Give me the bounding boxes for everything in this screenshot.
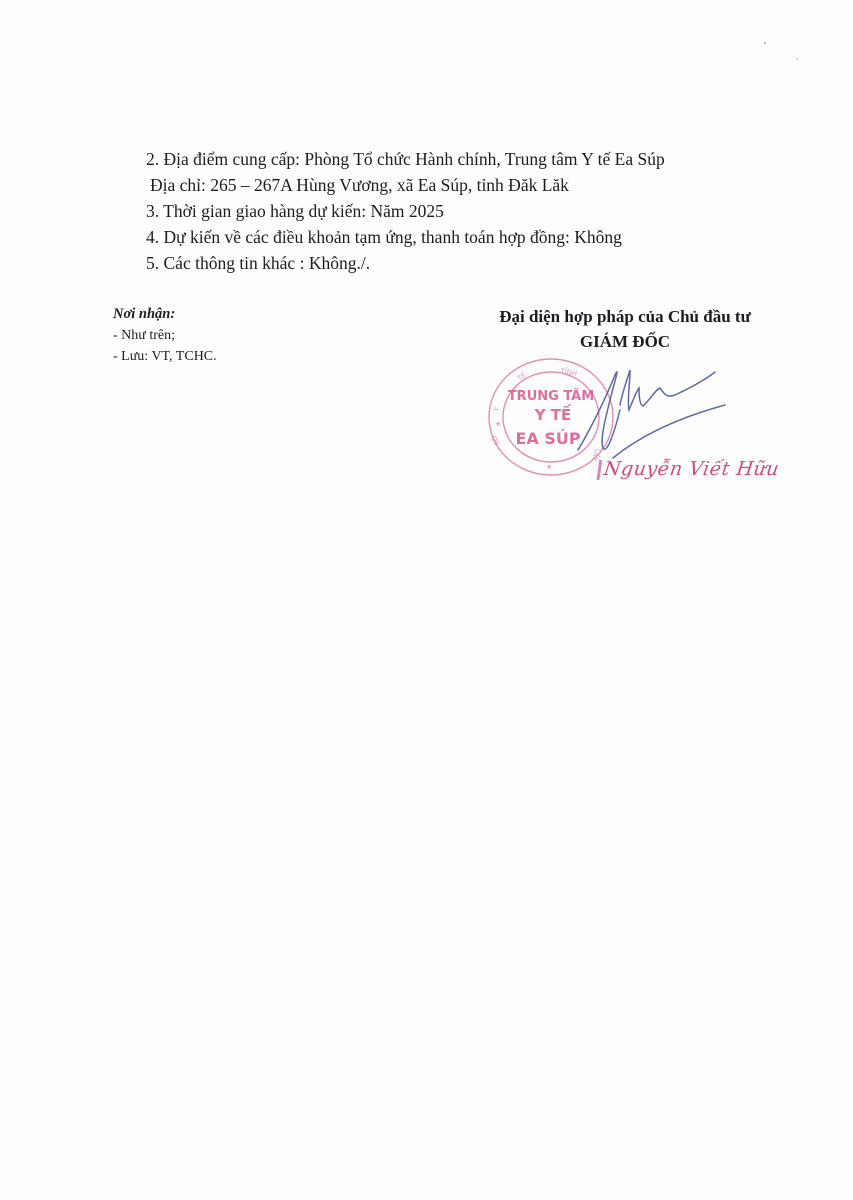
signer-role: Đại diện hợp pháp của Chủ đầu tư [440,304,810,329]
svg-text:Y TẾ: Y TẾ [534,403,572,424]
recipients-block: Nơi nhận: - Như trên; - Lưu: VT, TCHC. [113,304,217,367]
recipient-line: - Như trên; [113,325,217,346]
svg-text:★: ★ [495,420,501,428]
item-delivery-location: 2. Địa điểm cung cấp: Phòng Tổ chức Hành… [146,146,665,172]
svg-text:SỞ: SỞ [488,433,502,447]
recipient-line: - Lưu: VT, TCHC. [113,346,217,367]
svg-text:TẾ: TẾ [514,369,528,383]
item-other-info: 5. Các thông tin khác : Không./. [146,250,665,276]
signer-name: Nguyễn Viết Hữu [602,458,780,480]
item-delivery-time: 3. Thời gian giao hàng dự kiến: Năm 2025 [146,198,665,224]
scan-speck [796,58,798,60]
recipients-title: Nơi nhận: [113,304,217,325]
document-page: 2. Địa điểm cung cấp: Phòng Tổ chức Hành… [0,0,853,1200]
svg-text:★: ★ [546,463,552,471]
svg-text:EA SÚP: EA SÚP [515,429,580,448]
item-address: Địa chỉ: 265 – 267A Hùng Vương, xã Ea Sú… [146,172,665,198]
signer-position: GIÁM ĐỐC [440,329,810,354]
delivery-info-list: 2. Địa điểm cung cấp: Phòng Tổ chức Hành… [146,146,665,276]
item-payment-terms: 4. Dự kiến về các điều khoản tạm ứng, th… [146,224,665,250]
signer-name-stamp: Nguyễn Viết Hữu [596,458,780,480]
svg-text:Y: Y [492,405,502,413]
scan-speck [764,42,766,44]
signature-icon [575,360,735,470]
signer-block: Đại diện hợp pháp của Chủ đầu tư GIÁM ĐỐ… [440,304,810,354]
